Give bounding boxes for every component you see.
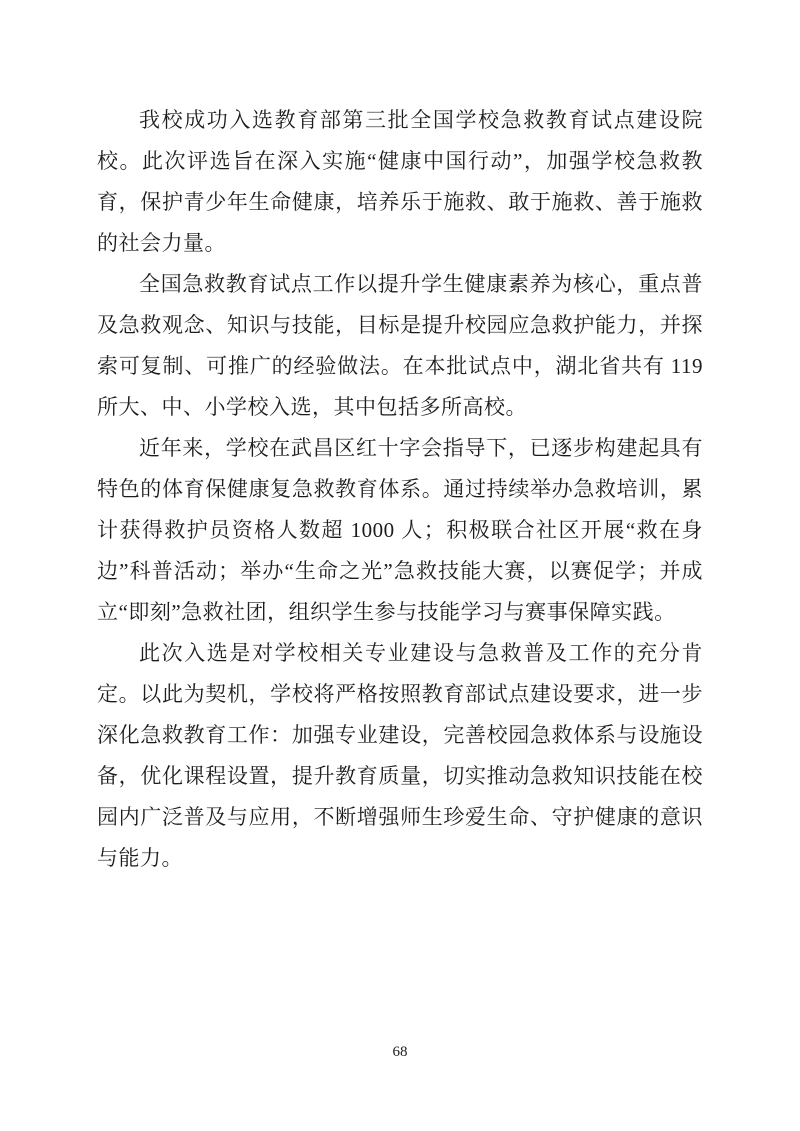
- paragraph: 全国急救教育试点工作以提升学生健康素养为核心，重点普及急救观念、知识与技能，目标…: [97, 264, 703, 428]
- document-page: 我校成功入选教育部第三批全国学校急救教育试点建设院校。此次评选旨在深入实施“健康…: [0, 0, 800, 1131]
- paragraph: 我校成功入选教育部第三批全国学校急救教育试点建设院校。此次评选旨在深入实施“健康…: [97, 100, 703, 264]
- paragraph: 近年来，学校在武昌区红十字会指导下，已逐步构建起具有特色的体育保健康复急救教育体…: [97, 428, 703, 633]
- page-number: 68: [0, 1042, 800, 1062]
- paragraph: 此次入选是对学校相关专业建设与急救普及工作的充分肯定。以此为契机，学校将严格按照…: [97, 633, 703, 879]
- page-body-text: 我校成功入选教育部第三批全国学校急救教育试点建设院校。此次评选旨在深入实施“健康…: [97, 100, 703, 879]
